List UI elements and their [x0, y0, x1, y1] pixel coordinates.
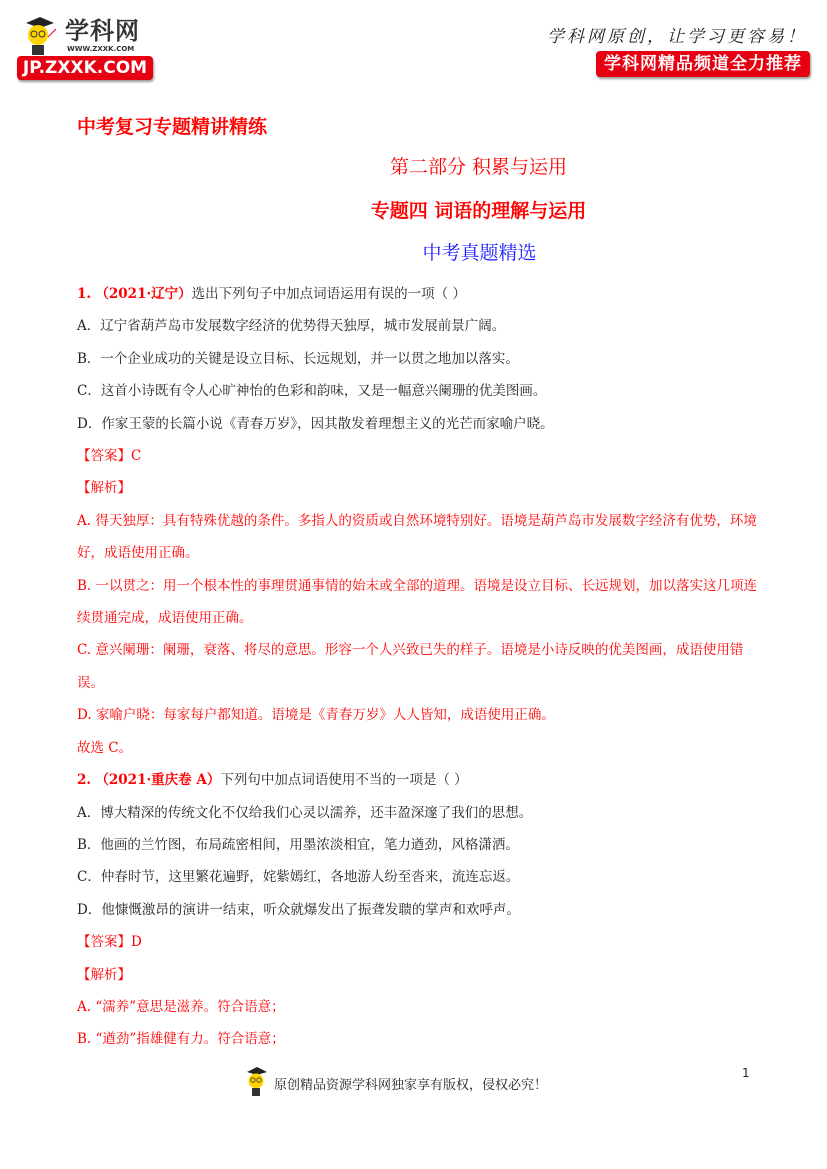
analysis-b: B. “遒劲”指雄健有力。符合语意； — [77, 1023, 757, 1055]
analysis-label: 【解析】 — [77, 959, 757, 991]
section-title: 中考真题精选 — [422, 238, 536, 265]
question-number: 2. — [77, 772, 91, 788]
option-b: B．他画的兰竹图，布局疏密相间，用墨浓淡相宜，笔力遒劲，风格潇洒。 — [77, 829, 757, 861]
question-2-stem: 2. （2021·重庆卷 A）下列句中加点词语使用不当的一项是（ ） — [77, 764, 757, 796]
channel-recommend-badge: 学科网精品频道全力推荐 — [596, 51, 810, 77]
topic-title: 专题四 词语的理解与运用 — [371, 196, 587, 223]
analysis-a: A. 得天独厚：具有特殊优越的条件。多指人的资质或自然环境特别好。语境是葫芦岛市… — [77, 505, 757, 570]
mascot-icon — [244, 1066, 270, 1098]
copyright-notice: 原创精品资源学科网独家享有版权，侵权必究！ — [274, 1074, 547, 1093]
header-slogan: 学科网原创，让学习更容易！ — [547, 22, 807, 47]
part-title: 第二部分 积累与运用 — [390, 152, 567, 179]
question-source: （2021·重庆卷 A） — [95, 772, 220, 788]
option-c: C．仲春时节，这里繁花遍野，姹紫嫣红，各地游人纷至沓来，流连忘返。 — [77, 861, 757, 893]
option-c: C．这首小诗既有令人心旷神怡的色彩和韵味，又是一幅意兴阑珊的优美图画。 — [77, 375, 757, 407]
question-number: 1. — [77, 286, 91, 302]
conclusion: 故选 C。 — [77, 732, 757, 764]
series-title: 中考复习专题精讲精练 — [77, 112, 267, 139]
answer-label: 【答案】 — [77, 448, 131, 464]
answer-value: D — [131, 934, 142, 950]
question-source: （2021·辽宁） — [95, 286, 191, 302]
part-title-wrap: 第二部分 积累与运用 — [0, 152, 827, 179]
question-text: 选出下列句子中加点词语运用有误的一项（ ） — [192, 286, 466, 302]
logo-text: 学科网 — [65, 18, 140, 44]
mascot-icon — [22, 15, 58, 59]
jp-zxxk-badge[interactable]: JP.ZXXK.COM — [17, 56, 153, 80]
answer-line: 【答案】D — [77, 926, 757, 958]
option-a: A．博大精深的传统文化不仅给我们心灵以濡养，还丰盈深邃了我们的思想。 — [77, 797, 757, 829]
topic-title-wrap: 专题四 词语的理解与运用 — [0, 196, 827, 223]
option-d: D．作家王蒙的长篇小说《青春万岁》，因其散发着理想主义的光芒而家喻户晓。 — [77, 408, 757, 440]
option-b: B．一个企业成功的关键是设立目标、长远规划，并一以贯之地加以落实。 — [77, 343, 757, 375]
answer-line: 【答案】C — [77, 440, 757, 472]
analysis-a: A. “濡养”意思是滋养。符合语意； — [77, 991, 757, 1023]
question-text: 下列句中加点词语使用不当的一项是（ ） — [220, 772, 467, 788]
section-title-wrap: 中考真题精选 — [0, 238, 827, 265]
document-body: 1. （2021·辽宁）选出下列句子中加点词语运用有误的一项（ ） A．辽宁省葫… — [77, 278, 757, 1056]
analysis-d: D. 家喻户晓：每家每户都知道。语境是《青春万岁》人人皆知，成语使用正确。 — [77, 699, 757, 731]
option-d: D．他慷慨激昂的演讲一结束，听众就爆发出了振聋发聩的掌声和欢呼声。 — [77, 894, 757, 926]
logo-url: WWW.ZXXK.COM — [67, 45, 134, 53]
option-a: A．辽宁省葫芦岛市发展数字经济的优势得天独厚，城市发展前景广阔。 — [77, 310, 757, 342]
analysis-label: 【解析】 — [77, 472, 757, 504]
analysis-c: C. 意兴阑珊：阑珊，衰落、将尽的意思。形容一个人兴致已失的样子。语境是小诗反映… — [77, 634, 757, 699]
page-number: 1 — [742, 1066, 750, 1080]
question-1-stem: 1. （2021·辽宁）选出下列句子中加点词语运用有误的一项（ ） — [77, 278, 757, 310]
answer-value: C — [131, 448, 141, 464]
answer-label: 【答案】 — [77, 934, 131, 950]
analysis-b: B. 一以贯之：用一个根本性的事理贯通事情的始末或全部的道理。语境是设立目标、长… — [77, 570, 757, 635]
